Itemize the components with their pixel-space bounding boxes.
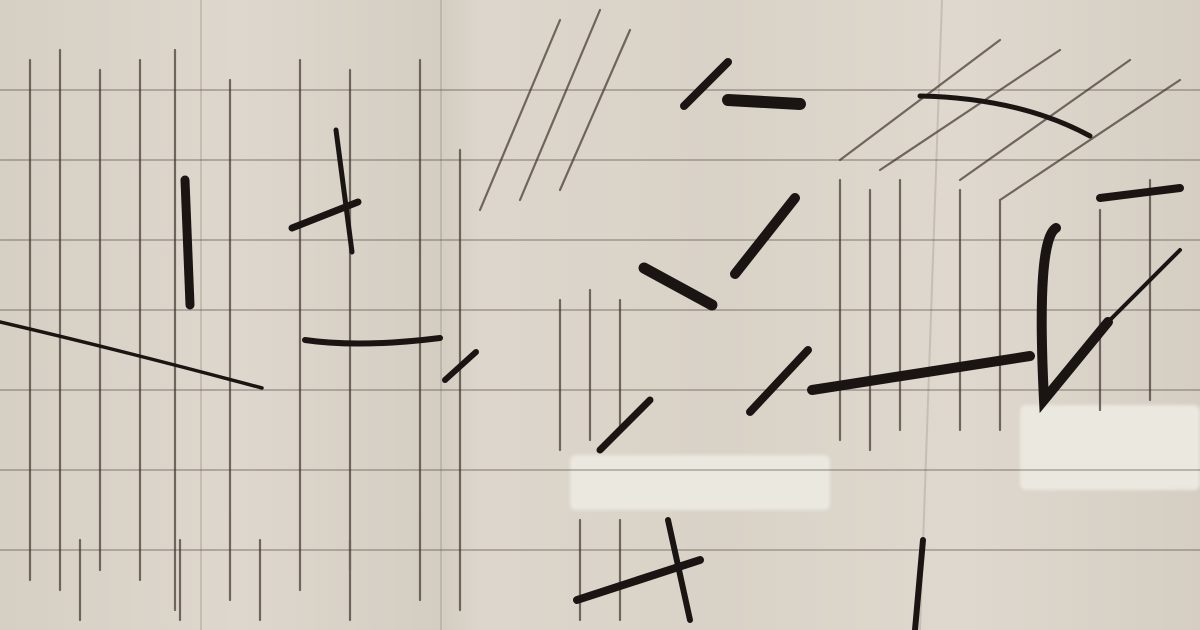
manuscript-photo	[0, 0, 1200, 630]
faint-crossed-lines	[0, 90, 1200, 550]
handwriting-layer	[0, 0, 1200, 630]
faint-script-columns	[30, 10, 1180, 620]
